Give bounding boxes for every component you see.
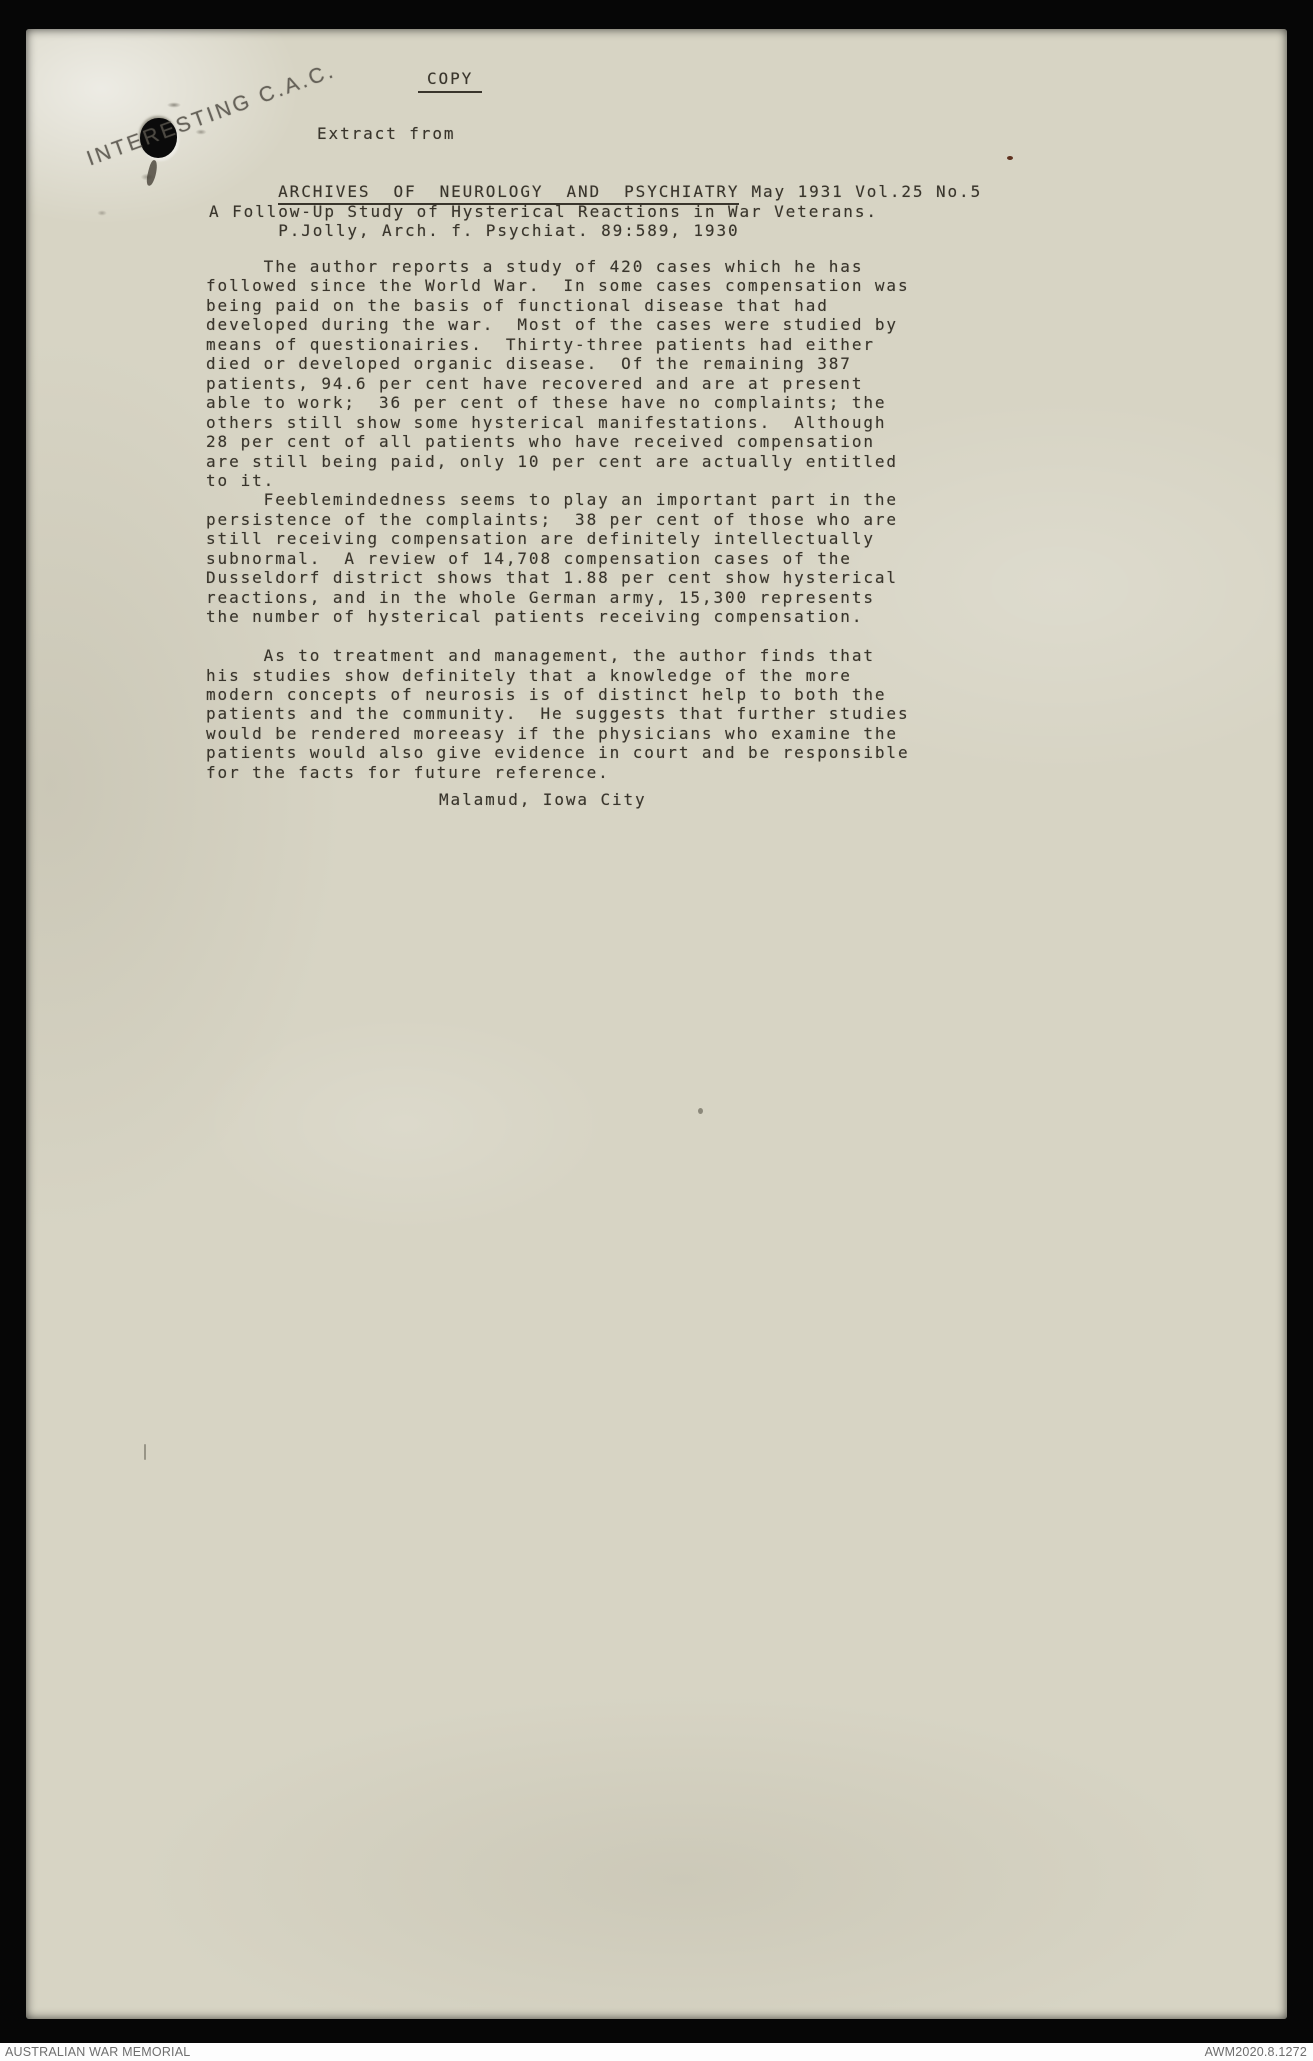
- scan-canvas: { "document": { "copy_label": "COPY", "e…: [0, 0, 1313, 2061]
- typed-line: patients and the community. He suggests …: [206, 704, 910, 723]
- typed-line: reactions, and in the whole German army,…: [206, 588, 910, 607]
- typed-line: are still being paid, only 10 per cent a…: [206, 452, 910, 471]
- typed-line: subnormal. A review of 14,708 compensati…: [206, 549, 910, 568]
- paper-speck: [698, 1108, 703, 1114]
- typed-line: followed since the World War. In some ca…: [206, 276, 910, 295]
- article-citation: P.Jolly, Arch. f. Psychiat. 89:589, 1930: [209, 221, 740, 240]
- typed-line: means of questionairies. Thirty-three pa…: [206, 335, 910, 354]
- typed-line: Dusseldorf district shows that 1.88 per …: [206, 568, 910, 587]
- archive-footer-bar: AUSTRALIAN WAR MEMORIAL AWM2020.8.1272: [0, 2043, 1313, 2061]
- copy-heading: COPY: [418, 69, 482, 93]
- typed-line: patients would also give evidence in cou…: [206, 743, 910, 762]
- article-title: A Follow-Up Study of Hysterical Reaction…: [209, 202, 878, 221]
- typed-line: [206, 627, 910, 646]
- journal-issue: May 1931 Vol.25 No.5: [751, 182, 982, 201]
- typed-line: his studies show definitely that a knowl…: [206, 666, 910, 685]
- typed-line: for the facts for future reference.: [206, 763, 910, 782]
- typed-line: Feeblemindedness seems to play an import…: [206, 490, 910, 509]
- typed-line: As to treatment and management, the auth…: [206, 646, 910, 665]
- extract-from-label: Extract from: [317, 124, 455, 143]
- article-body: The author reports a study of 420 cases …: [206, 257, 910, 782]
- scanned-page: INTERESTING C.A.C. COPY Extract from ARC…: [26, 29, 1287, 2019]
- typed-line: 28 per cent of all patients who have rec…: [206, 432, 910, 451]
- typed-line: died or developed organic disease. Of th…: [206, 354, 910, 373]
- typed-line: being paid on the basis of functional di…: [206, 296, 910, 315]
- paper-speck: [1007, 156, 1013, 160]
- typed-line: would be rendered moreeasy if the physic…: [206, 724, 910, 743]
- typed-line: able to work; 36 per cent of these have …: [206, 393, 910, 412]
- typed-line: the number of hysterical patients receiv…: [206, 607, 910, 626]
- typed-line: to it.: [206, 471, 910, 490]
- typed-line: The author reports a study of 420 cases …: [206, 257, 910, 276]
- typed-line: others still show some hysterical manife…: [206, 413, 910, 432]
- typed-line: patients, 94.6 per cent have recovered a…: [206, 374, 910, 393]
- archive-name-label: AUSTRALIAN WAR MEMORIAL: [5, 2045, 190, 2059]
- typed-line: persistence of the complaints; 38 per ce…: [206, 510, 910, 529]
- paper-speck: [144, 1444, 146, 1460]
- archive-item-id: AWM2020.8.1272: [1205, 2045, 1307, 2059]
- typed-line: developed during the war. Most of the ca…: [206, 315, 910, 334]
- signoff-line: Malamud, Iowa City: [439, 790, 647, 809]
- typed-line: modern concepts of neurosis is of distin…: [206, 685, 910, 704]
- typed-line: still receiving compensation are definit…: [206, 529, 910, 548]
